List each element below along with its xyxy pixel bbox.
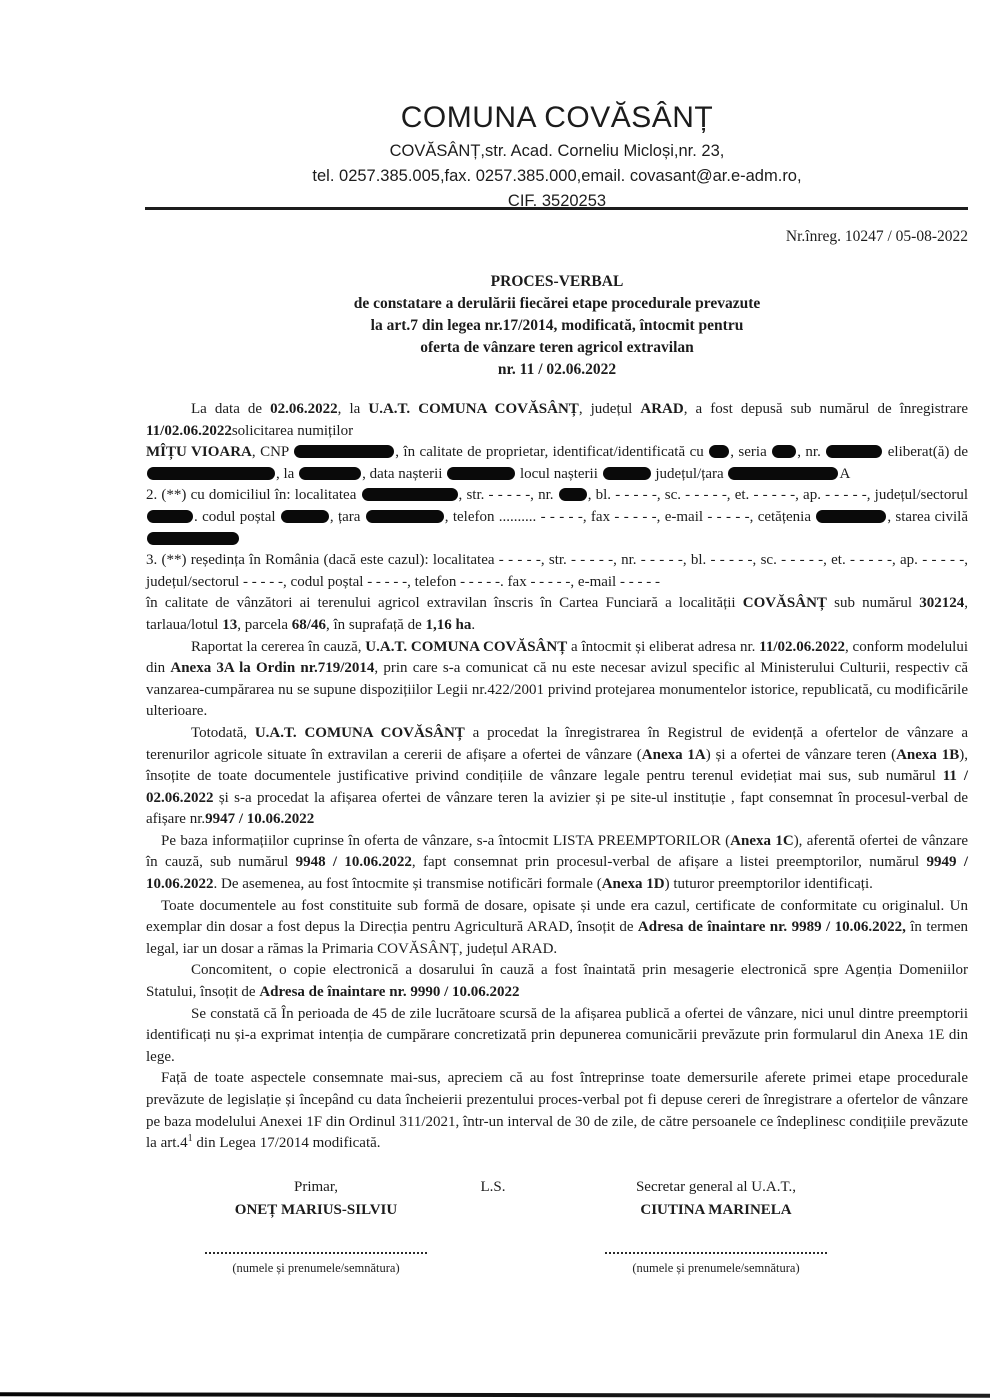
redaction-bar	[772, 445, 796, 458]
seal-placeholder: L.S.	[473, 1176, 513, 1198]
text-run: din Legea 17/2014 modificată.	[193, 1135, 381, 1151]
text-run: Pe baza informațiilor cuprinse în oferta…	[161, 833, 730, 849]
text-run: eliberat(ă) de	[883, 444, 968, 460]
paragraph: 2. (**) cu domiciliul în: localitatea , …	[146, 485, 968, 550]
paragraph: în calitate de vânzători ai terenului ag…	[146, 593, 968, 636]
redaction-bar	[709, 445, 729, 458]
text-run: locul nașterii	[516, 466, 601, 482]
bold-text: MÎȚU VIOARA	[146, 444, 252, 460]
bold-text: 9947 / 10.06.2022	[205, 811, 314, 827]
paragraph: Se constată că În perioada de 45 de zile…	[146, 1004, 968, 1069]
text-run: , parcela	[237, 617, 292, 633]
doc-title: PROCES-VERBAL de constatare a derulării …	[146, 271, 968, 381]
text-run: , la	[338, 401, 369, 417]
letterhead: COMUNA COVĂSÂNȚ COVĂSÂNȚ,str. Acad. Corn…	[146, 101, 968, 214]
text-run: , în calitate de proprietar, identificat…	[395, 444, 708, 460]
doc-title-line3: la art.7 din legea nr.17/2014, modificat…	[146, 315, 968, 337]
text-run: , a fost depusă sub numărul de înregistr…	[684, 401, 968, 417]
doc-title-line1: PROCES-VERBAL	[146, 271, 968, 293]
signature-caption: (numele și prenumele/semnătura)	[556, 1261, 876, 1276]
paragraph: Concomitent, o copie electronică a dosar…	[146, 960, 968, 1003]
paragraph: La data de 02.06.2022, la U.A.T. COMUNA …	[146, 399, 968, 442]
text-run: solicitarea numiților	[232, 423, 353, 439]
text-run: 2. (**) cu domiciliul în: localitatea	[146, 487, 361, 503]
signature-block: Primar, ONEȚ MARIUS-SILVIU (numele și pr…	[146, 1176, 968, 1296]
bold-text: Anexa 1B	[896, 747, 959, 763]
signature-caption: (numele și prenumele/semnătura)	[156, 1261, 476, 1276]
bold-text: Adresa de înaintare nr. 9990 / 10.06.202…	[259, 984, 519, 1000]
paragraph: MÎȚU VIOARA, CNP , în calitate de propri…	[146, 442, 968, 485]
text-run: Totodată,	[191, 725, 255, 741]
signature-left: Primar, ONEȚ MARIUS-SILVIU (numele și pr…	[156, 1176, 476, 1276]
text-run: , str. - - - - -, nr.	[459, 487, 558, 503]
org-title: COMUNA COVĂSÂNȚ	[146, 101, 968, 135]
text-run: ) și a ofertei de vânzare teren (	[706, 747, 896, 763]
text-run: , telefon .......... - - - - -, fax - - …	[445, 509, 816, 525]
text-run: , CNP	[252, 444, 293, 460]
paragraph: Totodată, U.A.T. COMUNA COVĂSÂNȚ a proce…	[146, 723, 968, 831]
text-run: , data nașterii	[362, 466, 446, 482]
bold-text: Anexa 1C	[730, 833, 794, 849]
redaction-bar	[366, 510, 444, 523]
signature-right-role: Secretar general al U.A.T.,	[556, 1176, 876, 1198]
paragraph: Pe baza informațiilor cuprinse în oferta…	[146, 831, 968, 896]
signature-dotted-line	[205, 1252, 427, 1254]
redaction-bar	[826, 445, 882, 458]
page-bottom-edge	[0, 1392, 990, 1397]
bold-text: Adresa de înaintare nr. 9989 / 10.06.202…	[638, 919, 906, 935]
document-body: La data de 02.06.2022, la U.A.T. COMUNA …	[146, 399, 968, 1155]
text-run: . De asemenea, au fost întocmite și tran…	[214, 876, 602, 892]
signature-dotted-line	[605, 1252, 827, 1254]
signature-left-role: Primar,	[156, 1176, 476, 1198]
text-run: , la	[276, 466, 298, 482]
redaction-bar	[728, 467, 838, 480]
registration-number: Nr.înreg. 10247 / 05-08-2022	[146, 228, 968, 246]
redaction-bar	[147, 510, 193, 523]
text-run: , starea civilă	[887, 509, 968, 525]
org-contact: tel. 0257.385.005,fax. 0257.385.000,emai…	[146, 164, 968, 189]
doc-title-line5: nr. 11 / 02.06.2022	[146, 359, 968, 381]
text-run: A	[839, 466, 850, 482]
text-run: ) tuturor preemptorilor identificați.	[665, 876, 873, 892]
paragraph: Toate documentele au fost constituite su…	[146, 896, 968, 961]
signature-right: Secretar general al U.A.T., CIUTINA MARI…	[556, 1176, 876, 1276]
text-run: La data de	[191, 401, 270, 417]
bold-text: 1,16 ha	[426, 617, 472, 633]
bold-text: 68/46	[292, 617, 326, 633]
header-divider	[145, 207, 968, 210]
text-run: , fapt consemnat prin procesul-verbal de…	[412, 854, 927, 870]
doc-title-line4: oferta de vânzare teren agricol extravil…	[146, 337, 968, 359]
text-run: Se constată că În perioada de 45 de zile…	[146, 1006, 968, 1065]
paragraph: Raportat la cererea în cauză, U.A.T. COM…	[146, 637, 968, 723]
text-run: sub numărul	[827, 595, 919, 611]
paragraph: 3. (**) reședința în România (dacă este …	[146, 550, 968, 593]
signature-right-name: CIUTINA MARINELA	[556, 1198, 876, 1222]
bold-text: Anexa 1D	[602, 876, 665, 892]
text-run: , seria	[730, 444, 771, 460]
redaction-bar	[447, 467, 515, 480]
bold-text: U.A.T. COMUNA COVĂSÂNȚ	[365, 639, 567, 655]
bold-text: 02.06.2022	[270, 401, 338, 417]
redaction-bar	[147, 532, 239, 545]
text-run: a întocmit și eliberat adresa nr.	[567, 639, 759, 655]
bold-text: Anexa 3A la Ordin nr.719/2014	[170, 660, 374, 676]
redaction-bar	[816, 510, 886, 523]
signature-left-name: ONEȚ MARIUS-SILVIU	[156, 1198, 476, 1222]
redaction-bar	[299, 467, 361, 480]
text-run: , țara	[330, 509, 365, 525]
text-run: .	[471, 617, 475, 633]
text-run: , nr.	[797, 444, 825, 460]
org-address: COVĂSÂNȚ,str. Acad. Corneliu Micloși,nr.…	[146, 139, 968, 164]
redaction-bar	[147, 467, 275, 480]
text-run: , județul	[579, 401, 641, 417]
text-run: , în suprafață de	[326, 617, 426, 633]
redaction-bar	[603, 467, 651, 480]
redaction-bar	[294, 445, 394, 458]
redaction-bar	[362, 488, 458, 501]
text-run: județul/țara	[652, 466, 728, 482]
bold-text: 13	[222, 617, 237, 633]
text-run: Raportat la cererea în cauză,	[191, 639, 365, 655]
org-cif: CIF. 3520253	[146, 189, 968, 214]
bold-text: U.A.T. COMUNA COVĂSÂNȚ	[368, 401, 578, 417]
bold-text: 9948 / 10.06.2022	[296, 854, 412, 870]
bold-text: COVĂSÂNȚ	[743, 595, 827, 611]
bold-text: 11/02.06.2022	[146, 423, 232, 439]
document-page: COMUNA COVĂSÂNȚ COVĂSÂNȚ,str. Acad. Corn…	[0, 0, 990, 1400]
bold-text: ARAD	[640, 401, 683, 417]
bold-text: 11/02.06.2022	[759, 639, 845, 655]
bold-text: 302124	[919, 595, 964, 611]
text-run: , bl. - - - - -, sc. - - - - -, et. - - …	[588, 487, 968, 503]
bold-text: Anexa 1A	[642, 747, 706, 763]
redaction-bar	[281, 510, 329, 523]
redaction-bar	[559, 488, 587, 501]
bold-text: U.A.T. COMUNA COVĂSÂNȚ	[255, 725, 465, 741]
doc-title-line2: de constatare a derulării fiecărei etape…	[146, 293, 968, 315]
text-run: în calitate de vânzători ai terenului ag…	[146, 595, 743, 611]
text-run: . codul poștal	[194, 509, 280, 525]
paragraph: Față de toate aspectele consemnate mai-s…	[146, 1068, 968, 1154]
text-run: 3. (**) reședința în România (dacă este …	[146, 552, 968, 590]
